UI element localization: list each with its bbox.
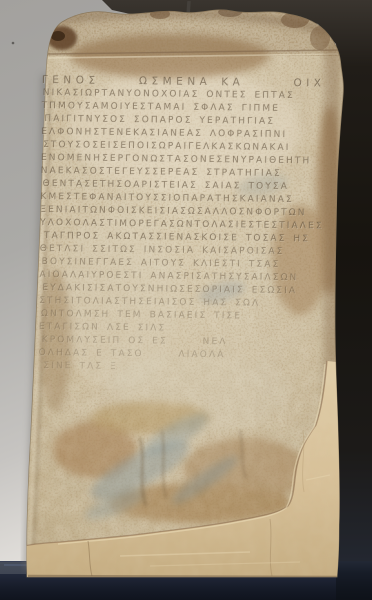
wall-blemish-dot: [12, 42, 15, 45]
stele-photo-graphics: [0, 0, 372, 600]
foot-crevice-shadow: [28, 576, 337, 577]
photograph-of-inscribed-stele: ΓΕΝΟΣ ΩΣΜΕΝΑ ΚΑ ΟΙΧ ΝΙΚΑΣΙΩΡΤΑΝΥΟΝΟΧΟΙΑΣ…: [0, 0, 372, 600]
plinth-left-highlight: [0, 562, 26, 574]
plinth-right-shadow: [336, 561, 372, 600]
marble-stele: [0, 0, 372, 600]
